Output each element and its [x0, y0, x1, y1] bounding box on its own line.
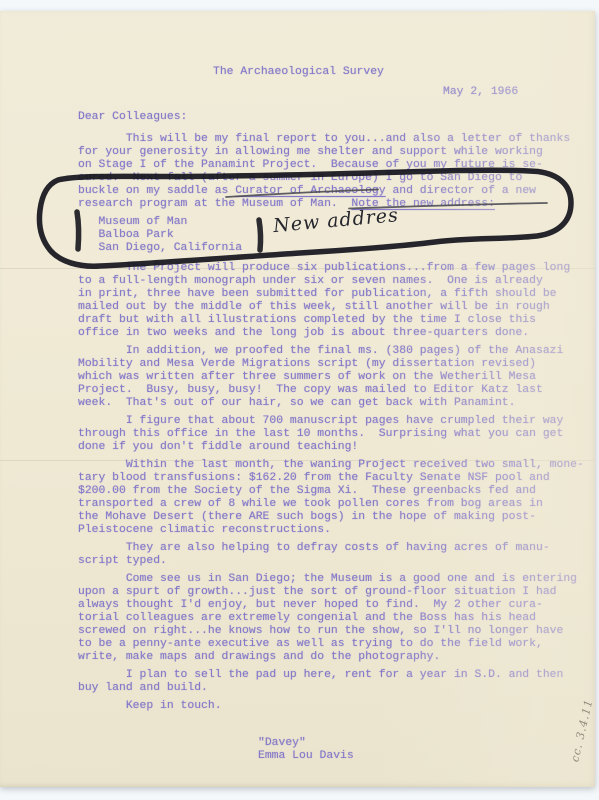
typed-line: The Project will produce six publication… — [78, 262, 583, 275]
letterhead-title: The Archaeological Survey — [213, 66, 384, 79]
typed-line: week. That's out of our hair, so we can … — [78, 397, 583, 410]
typed-line: for your generosity in allowing me shelt… — [78, 146, 583, 159]
signature-nickname: "Davey" — [258, 737, 354, 750]
typed-line: Keep in touch. — [78, 700, 583, 713]
typed-line: draft but with all illustrations complet… — [78, 314, 583, 327]
typed-line: write, make maps and drawings and do the… — [78, 651, 583, 664]
typed-line: screwed on right...he knows how to run t… — [78, 625, 583, 638]
typed-line: I figure that about 700 manuscript pages… — [78, 415, 583, 428]
typed-line: In addition, we proofed the final ms. (3… — [78, 345, 583, 358]
typed-line: cured. Next fall (after a summer in Euro… — [78, 172, 583, 185]
typed-line: $200.00 from the Society of the Sigma Xi… — [78, 485, 583, 498]
typed-line: buckle on my saddle as Curator of Archae… — [78, 185, 583, 198]
typed-line: tary blood transfusions: $162.20 from th… — [78, 472, 583, 485]
closing-line: Keep in touch. — [78, 700, 583, 713]
typed-line: Mobility and Mesa Verde Migrations scrip… — [78, 358, 583, 371]
paragraph-san-diego: Come see us in San Diego; the Museum is … — [78, 573, 583, 664]
typed-line: torial colleagues are extremely congenia… — [78, 612, 583, 625]
typed-line: This will be my final report to you...an… — [78, 133, 583, 146]
paragraph-funding: Within the last month, the waning Projec… — [78, 459, 583, 537]
typed-line: mailed out by the middle of this week, s… — [78, 301, 583, 314]
typed-line: which was written after three summers of… — [78, 371, 583, 384]
typed-line: always thought I'd enjoy, but never hope… — [78, 599, 583, 612]
typed-line: office in two weeks and the long job is … — [78, 327, 583, 340]
paragraph-manuscript: In addition, we proofed the final ms. (3… — [78, 345, 583, 410]
typed-line: transported a crew of 8 while we took po… — [78, 498, 583, 511]
paragraph-publications: The Project will produce six publication… — [78, 262, 583, 340]
typed-line: They are also helping to defray costs of… — [78, 542, 583, 555]
typed-line: buy land and build. — [78, 682, 583, 695]
typed-line: done if you don't fiddle around teaching… — [78, 441, 583, 454]
typed-line: upon a spurt of growth...just the sort o… — [78, 586, 583, 599]
salutation: Dear Colleagues: — [78, 111, 187, 124]
typed-line: I plan to sell the pad up here, rent for… — [78, 669, 583, 682]
typed-line: through this office in the last 10 month… — [78, 428, 583, 441]
typed-line: script typed. — [78, 555, 583, 568]
signature-name: Emma Lou Davis — [258, 750, 354, 763]
paragraph-intro: This will be my final report to you...an… — [78, 133, 583, 211]
typed-line: Come see us in San Diego; the Museum is … — [78, 573, 583, 586]
signature-block: "Davey" Emma Lou Davis — [258, 737, 354, 763]
typed-line: in print, three have been submitted for … — [78, 288, 583, 301]
typed-line: Project. Busy, busy, busy! The copy was … — [78, 384, 583, 397]
letter-date: May 2, 1966 — [443, 86, 518, 99]
typed-line: Within the last month, the waning Projec… — [78, 459, 583, 472]
typed-line: the Mohave Desert (there ARE such bogs) … — [78, 511, 583, 524]
typed-line: to be a penny-ante executive as well as … — [78, 638, 583, 651]
typed-line: San Diego, California — [78, 242, 583, 255]
paragraph-plans: I plan to sell the pad up here, rent for… — [78, 669, 583, 695]
scanned-letter-page: The Archaeological Survey May 2, 1966 De… — [0, 0, 599, 800]
typed-line: to a full-length monograph under six or … — [78, 275, 583, 288]
paragraph-typing: They are also helping to defray costs of… — [78, 542, 583, 568]
typed-line: on Stage I of the Panamint Project. Beca… — [78, 159, 583, 172]
paragraph-pages: I figure that about 700 manuscript pages… — [78, 415, 583, 454]
typed-line: Pleistocene climatic reconstructions. — [78, 524, 583, 537]
